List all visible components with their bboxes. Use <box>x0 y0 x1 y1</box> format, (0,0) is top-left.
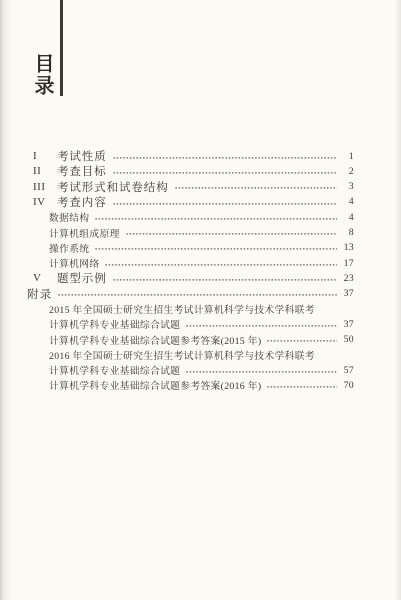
toc-entry-numeral: I <box>27 150 57 162</box>
page-title: 目录 <box>30 53 54 101</box>
toc-entry-page: 57 <box>341 365 354 376</box>
toc-entry-title: 考查目标 <box>57 163 107 179</box>
dot-leader <box>267 378 337 393</box>
toc-entry-title: 计算机学科专业基础综合试题 <box>49 363 180 377</box>
toc-entry-page: 17 <box>341 258 354 269</box>
toc-entry-title: 计算机学科专业基础综合试题参考答案(2015 年) <box>49 333 261 347</box>
toc-entry-page: 1 <box>341 151 354 162</box>
dot-leader <box>126 225 337 240</box>
toc-entry-title: 题型示例 <box>57 270 107 286</box>
toc-entry-title: 2016 年全国硕士研究生招生考试计算机科学与技术学科联考 <box>49 348 315 362</box>
book-page: 目录 I 考试性质 1 II 考查目标 2 III 考试形式和试卷结构 3 IV… <box>0 0 401 600</box>
toc-entry-page: 2 <box>341 166 354 177</box>
toc-entry-title: 计算机组成原理 <box>49 226 120 240</box>
dot-leader <box>113 164 337 179</box>
toc-entry-title: 计算机学科专业基础综合试题 <box>49 317 180 331</box>
toc-entry-page: 50 <box>341 334 354 345</box>
toc-entry-title: 计算机网络 <box>49 256 99 270</box>
toc-entry: 操作系统 13 <box>27 240 354 255</box>
toc-entry: III 考试形式和试卷结构 3 <box>27 179 354 194</box>
toc-entry-page: 4 <box>341 212 354 223</box>
toc-entry: 2015 年全国硕士研究生招生考试计算机科学与技术学科联考 <box>27 301 354 316</box>
toc-entry-title: 计算机学科专业基础综合试题参考答案(2016 年) <box>49 378 261 392</box>
table-of-contents: I 考试性质 1 II 考查目标 2 III 考试形式和试卷结构 3 IV 考查… <box>27 148 354 393</box>
toc-entry-numeral: V <box>27 272 57 284</box>
toc-entry: 计算机学科专业基础综合试题 37 <box>27 317 354 332</box>
toc-entry-page: 3 <box>341 181 354 192</box>
dot-leader <box>113 194 337 209</box>
dot-leader <box>186 363 337 378</box>
toc-entry: 数据结构 4 <box>27 210 354 225</box>
toc-entry-title: 2015 年全国硕士研究生招生考试计算机科学与技术学科联考 <box>49 302 315 316</box>
toc-entry: I 考试性质 1 <box>27 148 354 163</box>
toc-entry: IV 考查内容 4 <box>27 194 354 209</box>
toc-entry: 计算机组成原理 8 <box>27 225 354 240</box>
dot-leader <box>95 210 337 225</box>
toc-entry-title: 操作系统 <box>49 241 89 255</box>
toc-entry-numeral: II <box>27 165 57 177</box>
toc-entry-title: 数据结构 <box>49 210 89 224</box>
toc-entry: 计算机学科专业基础综合试题参考答案(2016 年) 70 <box>27 378 354 393</box>
toc-entry: 2016 年全国硕士研究生招生考试计算机科学与技术学科联考 <box>27 347 354 362</box>
toc-entry-page: 4 <box>341 196 354 207</box>
dot-leader <box>113 271 337 286</box>
toc-entry-title: 考试形式和试卷结构 <box>57 179 169 195</box>
dot-leader <box>105 255 337 270</box>
toc-entry-title: 考查内容 <box>57 194 107 210</box>
toc-entry: 计算机网络 17 <box>27 255 354 270</box>
toc-entry: 附录 37 <box>27 286 354 301</box>
toc-entry-page: 13 <box>341 242 354 253</box>
dot-leader <box>58 286 337 301</box>
dot-leader <box>95 240 337 255</box>
toc-entry-page: 37 <box>341 288 354 299</box>
dot-leader <box>267 332 337 347</box>
toc-entry: 计算机学科专业基础综合试题参考答案(2015 年) 50 <box>27 332 354 347</box>
dot-leader <box>113 148 337 163</box>
toc-entry-title: 附录 <box>27 286 52 302</box>
toc-entry-page: 37 <box>341 319 354 330</box>
dot-leader <box>175 179 337 194</box>
header-vertical-rule <box>60 0 63 96</box>
toc-entry: V 题型示例 23 <box>27 271 354 286</box>
toc-entry-page: 70 <box>341 380 354 391</box>
toc-entry: II 考查目标 2 <box>27 164 354 179</box>
toc-entry-page: 23 <box>341 273 354 284</box>
toc-entry-page: 8 <box>341 227 354 238</box>
toc-entry-numeral: IV <box>27 196 57 208</box>
toc-entry: 计算机学科专业基础综合试题 57 <box>27 363 354 378</box>
dot-leader <box>186 317 337 332</box>
toc-entry-title: 考试性质 <box>57 148 107 164</box>
toc-entry-numeral: III <box>27 181 57 193</box>
